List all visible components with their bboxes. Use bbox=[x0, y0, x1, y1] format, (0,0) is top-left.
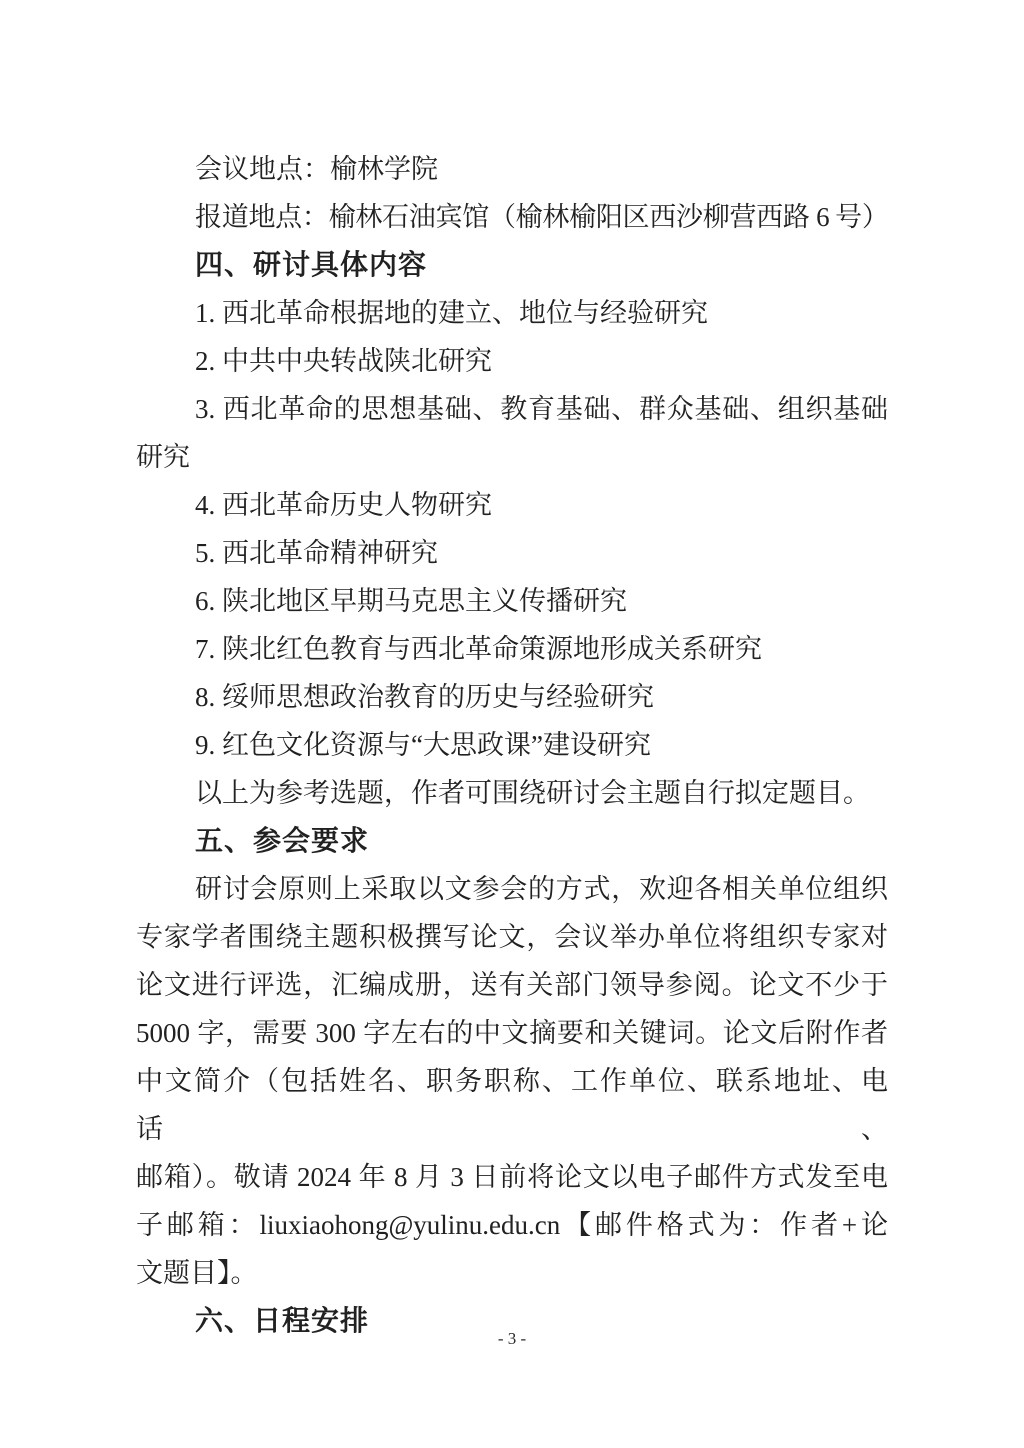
requirements-line-6: 邮箱）。敬请 2024 年 8 月 3 日前将论文以电子邮件方式发至电 bbox=[136, 1153, 888, 1201]
section-5-heading: 五、参会要求 bbox=[136, 817, 888, 865]
requirements-line-1: 研讨会原则上采取以文参会的方式，欢迎各相关单位组织 bbox=[136, 865, 888, 913]
topic-item-2: 2. 中共中央转战陕北研究 bbox=[136, 337, 888, 385]
page-number: - 3 - bbox=[0, 1327, 1024, 1351]
requirements-line-7: 文题目】。 bbox=[136, 1249, 888, 1297]
requirements-line-3: 论文进行评选，汇编成册，送有关部门领导参阅。论文不少于 bbox=[136, 961, 888, 1009]
topic-item-5: 5. 西北革命精神研究 bbox=[136, 529, 888, 577]
topic-item-7: 7. 陕北红色教育与西北革命策源地形成关系研究 bbox=[136, 625, 888, 673]
requirements-line-email: 子邮箱：liuxiaohong@yulinu.edu.cn【邮件格式为：作者+论 bbox=[136, 1201, 888, 1249]
topics-note-line: 以上为参考选题，作者可围绕研讨会主题自行拟定题目。 bbox=[136, 769, 888, 817]
requirements-line-4: 5000 字，需要 300 字左右的中文摘要和关键词。论文后附作者 bbox=[136, 1009, 888, 1057]
topic-item-8: 8. 绥师思想政治教育的历史与经验研究 bbox=[136, 673, 888, 721]
requirements-line-2: 专家学者围绕主题积极撰写论文，会议举办单位将组织专家对 bbox=[136, 913, 888, 961]
topic-item-3-continuation: 研究 bbox=[136, 433, 888, 481]
topic-item-3: 3. 西北革命的思想基础、教育基础、群众基础、组织基础 bbox=[136, 385, 888, 433]
document-body: 会议地点：榆林学院 报道地点：榆林石油宾馆（榆林榆阳区西沙柳营西路 6 号） 四… bbox=[136, 145, 888, 1345]
section-4-heading: 四、研讨具体内容 bbox=[136, 241, 888, 289]
topic-item-6: 6. 陕北地区早期马克思主义传播研究 bbox=[136, 577, 888, 625]
topic-item-1: 1. 西北革命根据地的建立、地位与经验研究 bbox=[136, 289, 888, 337]
topic-item-4: 4. 西北革命历史人物研究 bbox=[136, 481, 888, 529]
report-location-line: 报道地点：榆林石油宾馆（榆林榆阳区西沙柳营西路 6 号） bbox=[136, 193, 888, 241]
requirements-line-5: 中文简介（包括姓名、职务职称、工作单位、联系地址、电话、 bbox=[136, 1057, 888, 1153]
topic-item-9: 9. 红色文化资源与“大思政课”建设研究 bbox=[136, 721, 888, 769]
meeting-location-line: 会议地点：榆林学院 bbox=[136, 145, 888, 193]
document-page: 会议地点：榆林学院 报道地点：榆林石油宾馆（榆林榆阳区西沙柳营西路 6 号） 四… bbox=[0, 0, 1024, 1448]
